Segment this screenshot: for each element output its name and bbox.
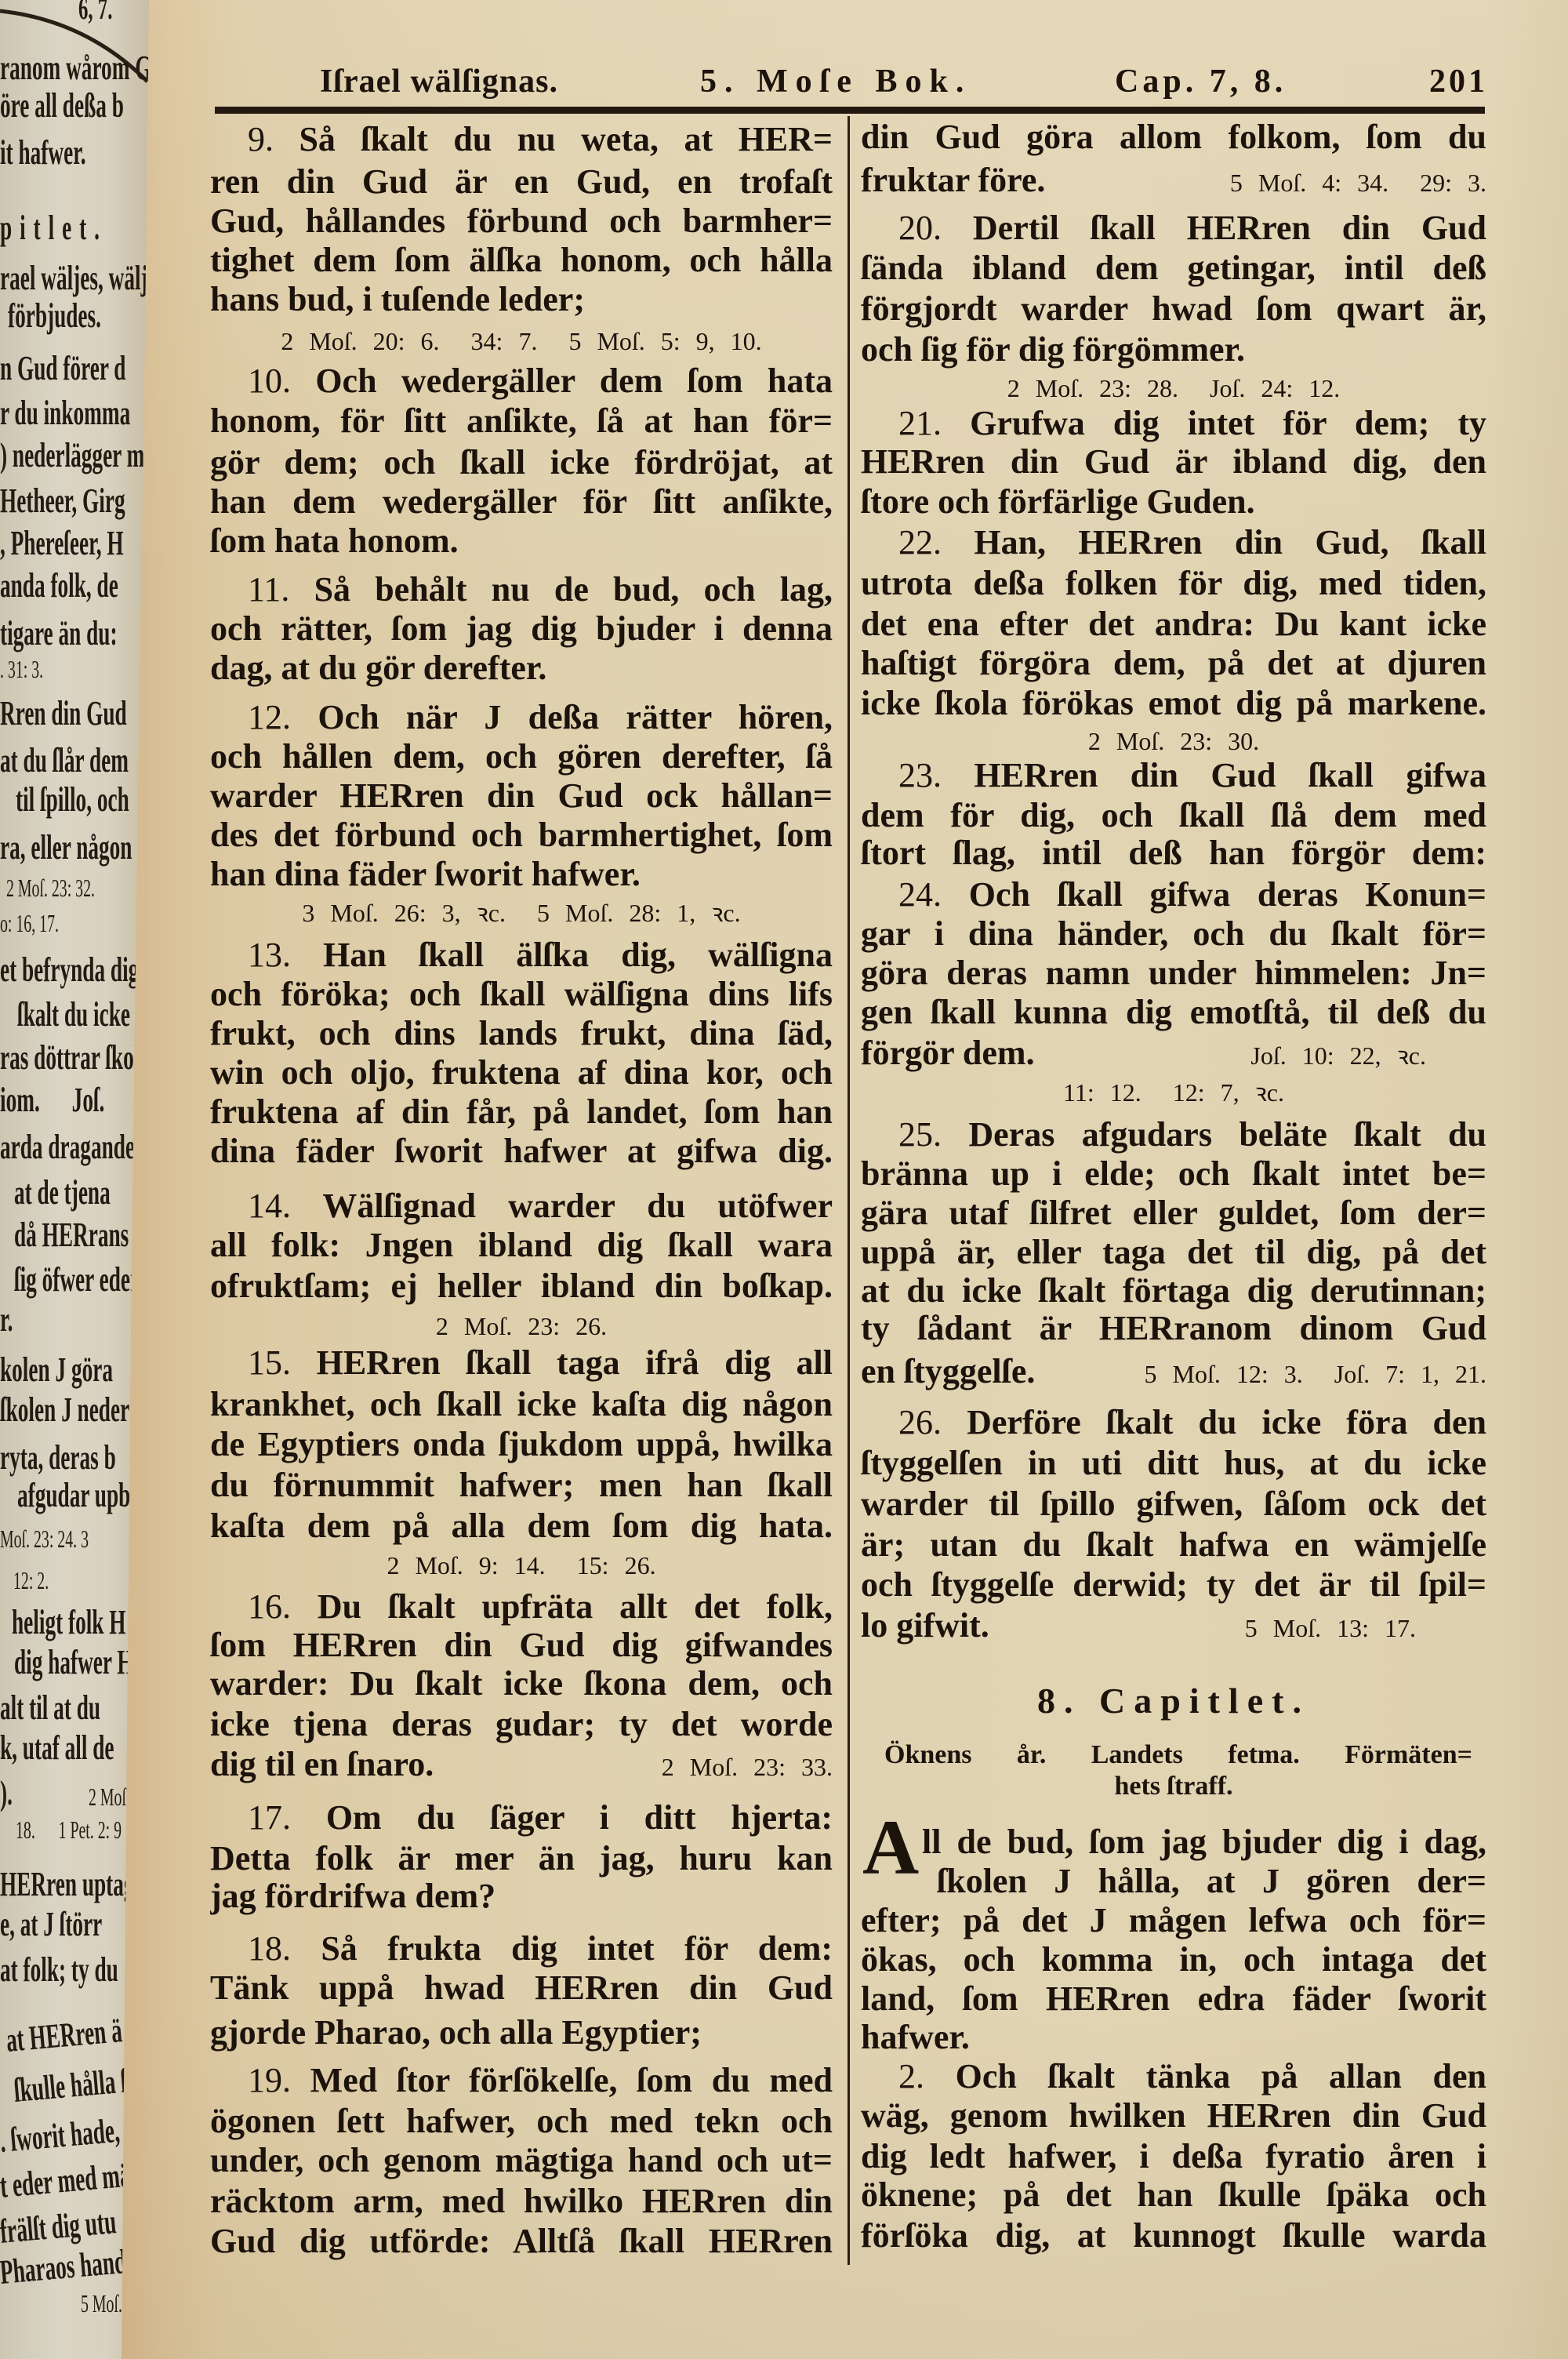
verse-line-with-reference: lo gifwit.5 Moſ. 13: 17. — [861, 1606, 1486, 1645]
facing-reference-fragment: 5 Moſ. — [81, 2289, 122, 2317]
cross-reference: 2 Moſ. 23: 33. — [662, 1747, 833, 1784]
verse-10-start: 10. Och wedergäller dem ſom hata — [210, 362, 833, 401]
facing-page-strip: 6, 7. ranom wårom G öre all deßa b it ha… — [0, 0, 153, 2359]
verse-text: Du ſkalt upfräta allt det folk, — [318, 1587, 833, 1626]
verse-line: och ſig för dig förgömmer. — [861, 330, 1486, 369]
verse-number: 13. — [248, 936, 291, 974]
cross-reference: 5 Moſ. 13: 17. — [1245, 1608, 1416, 1645]
verse-14-start: 14. Wälſignad warder du utöfwer — [210, 1187, 833, 1226]
verse-line: efter; på det J mågen lefwa och för= — [861, 1901, 1486, 1940]
verse-number: 22. — [898, 523, 942, 562]
verse-line: gjorde Pharao, och alla Egyptier; — [210, 2013, 833, 2052]
verse-line: gör dem; och ſkall icke fördröjat, at — [210, 443, 833, 482]
verse-number: 11. — [248, 570, 289, 609]
verse-line: jag fördrifwa dem? — [210, 1877, 833, 1916]
verse-text: lo gifwit. — [861, 1606, 989, 1645]
verse-line: warder HERren din Gud ock hållan= — [210, 776, 833, 816]
facing-fragment: ryta, deras b — [0, 1438, 116, 1478]
verse-line: dag, at du gör derefter. — [210, 649, 833, 688]
facing-fragment: Rren din Gud — [0, 694, 127, 733]
verse-9-start: 9. Så ſkalt du nu weta, at HER= — [210, 120, 833, 159]
facing-fragment: k, utaf all de — [0, 1728, 114, 1768]
facing-fragment: ſkalt du icke — [17, 995, 130, 1034]
verse-line: HERren din Gud är ibland dig, den — [861, 442, 1486, 482]
verse-line: gen ſkall kunna dig emotſtå, til deß du — [861, 993, 1486, 1032]
facing-fragment: ranom wårom G — [0, 49, 151, 88]
facing-reference-fragment: o: 16, 17. — [0, 909, 59, 937]
facing-fragment: at du ſlår dem — [0, 741, 129, 780]
verse-line: warder: Du ſkalt icke ſkona dem, och — [210, 1664, 833, 1703]
verse-line: icke tjena deras gudar; ty det worde — [210, 1705, 833, 1744]
verse-13-start: 13. Han ſkall älſka dig, wälſigna — [210, 936, 833, 975]
verse-text: Han ſkall älſka dig, wälſigna — [323, 936, 833, 974]
cross-reference: 2 Moſ. 9: 14. 15: 26. — [210, 1551, 833, 1579]
verse-text: Så ſkalt du nu weta, at HER= — [299, 120, 833, 158]
cross-reference: 2 Moſ. 23: 30. — [861, 727, 1486, 755]
facing-reference-fragment: Moſ. 23: 24. 3 — [0, 1525, 89, 1553]
verse-11-start: 11. Så behålt nu de bud, och lag, — [210, 570, 833, 609]
cross-reference: 5 Moſ. 12: 3. Joſ. 7: 1, 21. — [1145, 1354, 1486, 1391]
verse-line: och ſtyggelſe derwid; ty det är til ſpil… — [861, 1565, 1486, 1605]
chapter-summary-line: Öknens år. Landets fetma. Förmäten= — [884, 1739, 1472, 1771]
verse-text: Så behålt nu de bud, och lag, — [314, 570, 833, 609]
verse-line: fruktena af din får, på landet, ſom han — [210, 1092, 833, 1132]
verse-24-start: 24. Och ſkall gifwa deras Konun= — [861, 875, 1486, 914]
verse-number: 18. — [248, 1929, 291, 1968]
facing-fragment: ) nederlägger m — [0, 436, 144, 475]
verse-line: Detta folk är mer än jag, huru kan — [210, 1839, 833, 1878]
verse-text: förgör dem. — [861, 1034, 1035, 1073]
verse-line: Gud, hållandes förbund och barmher= — [210, 202, 833, 241]
facing-fragment: då HERrans — [14, 1216, 129, 1255]
verse-number: 12. — [248, 698, 291, 736]
verse-16-start: 16. Du ſkalt upfräta allt det folk, — [210, 1587, 833, 1627]
verse-number: 2. — [898, 2057, 924, 2095]
verse-number: 20. — [898, 209, 942, 247]
verse-line: ren din Gud är en Gud, en trofaſt — [210, 162, 833, 202]
verse-22-start: 22. Han, HERren din Gud, ſkall — [861, 523, 1486, 562]
verse-number: 25. — [898, 1115, 942, 1154]
verse-line: frukt, och dins lands frukt, dina ſäd, — [210, 1014, 833, 1053]
facing-fragment: n Gud förer d — [0, 349, 125, 388]
verse-number: 24. — [898, 875, 942, 914]
book-title: 5. Moſe Bok. — [700, 63, 971, 100]
verse-number: 16. — [248, 1587, 291, 1626]
verse-line: haſtigt förgöra dem, på det at djuren — [861, 644, 1486, 683]
facing-fragment: ſig öfwer eder, — [14, 1260, 143, 1299]
verse-line: ſom HERren din Gud dig gifwandes — [210, 1626, 833, 1665]
verse-line: dig ledt hafwer, i deßa fyratio åren i — [861, 2137, 1486, 2176]
verse-25-start: 25. Deras afgudars beläte ſkalt du — [861, 1115, 1486, 1154]
verse-line: ſom hata honom. — [210, 522, 833, 561]
verse-21-start: 21. Grufwa dig intet för dem; ty — [861, 404, 1486, 443]
verse-26-start: 26. Derföre ſkalt du icke föra den — [861, 1403, 1486, 1442]
verse-line: han dina fäder ſworit hafwer. — [210, 855, 833, 894]
facing-reference-fragment: 2 Moſ. — [89, 1783, 130, 1811]
facing-fragment: e, at J ſtörr — [0, 1905, 102, 1944]
facing-fragment: at HERren ä — [5, 2011, 124, 2060]
verse-line: wäg, genom hwilken HERren din Gud — [861, 2096, 1486, 2135]
verse-line-with-reference: fruktar före.5 Moſ. 4: 34. 29: 3. — [861, 161, 1486, 200]
cross-reference-continued: 11: 12. 12: 7, ꝛc. — [861, 1078, 1486, 1107]
verse-line: uppå är, eller taga det til dig, på det — [861, 1233, 1486, 1272]
verse-line-with-reference: förgör dem.Joſ. 10: 22, ꝛc. — [861, 1034, 1486, 1073]
verse-line: ſända ibland dem getingar, intil deß — [861, 249, 1486, 288]
verse-line: göra deras namn under himmelen: Jn= — [861, 954, 1486, 993]
verse-17-start: 17. Om du ſäger i ditt hjerta: — [210, 1798, 833, 1837]
verse-line: gära utaf ſilfret eller guldet, ſom der= — [861, 1194, 1486, 1233]
facing-fragment: förbjudes. — [8, 296, 101, 336]
verse-number: 17. — [248, 1798, 291, 1837]
facing-fragment: ). — [0, 1774, 13, 1813]
facing-fragment: , Phereſeer, H — [0, 524, 124, 563]
verse-text: Deras afgudars beläte ſkalt du — [968, 1115, 1486, 1154]
verse-line: gar i dina händer, och du ſkalt för= — [861, 914, 1486, 954]
facing-fragment: . ſworit hade, — [0, 2111, 122, 2161]
facing-fragment: it hafwer. — [0, 133, 86, 173]
verse-number: 10. — [248, 362, 291, 400]
verse-line: han dem wedergäller för ſitt anſikte, — [210, 482, 833, 522]
verse-line: kaſta dem på alla dem ſom dig hata. — [210, 1507, 833, 1546]
facing-fragment: alt til at du — [0, 1688, 100, 1728]
verse-number: 19. — [248, 2061, 291, 2099]
facing-fragment: öre all deßa b — [0, 86, 124, 125]
verse-line: under, och genom mägtiga hand och ut= — [210, 2141, 833, 2180]
page-number: 201 — [1429, 63, 1488, 100]
verse-line: och föröka; och ſkall wälſigna dins lifs — [210, 975, 833, 1014]
verse-number: 23. — [898, 756, 942, 794]
verse-text: Och ſkall gifwa deras Konun= — [969, 875, 1486, 914]
facing-fragment: ras döttrar ſkol — [0, 1038, 140, 1078]
verse-line: förſöka dig, at kunnogt ſkulle warda — [861, 2216, 1486, 2255]
facing-chapter-heading-fragment: pitlet. — [0, 209, 107, 248]
verse-line: bränna up i elde; och ſkalt intet be= — [861, 1154, 1486, 1194]
facing-reference-fragment: 18. 1 Pet. 2: 9 — [16, 1816, 122, 1844]
verse-line: dina fäder ſworit hafwer at gifwa dig. — [210, 1132, 833, 1171]
header-rule — [215, 107, 1485, 114]
facing-fragment: kolen J göra — [0, 1350, 113, 1390]
verse-line: honom, för ſitt anſikte, ſå at han för= — [210, 402, 833, 441]
verse-line: de Egyptiers onda ſjukdom uppå, hwilka — [210, 1425, 833, 1464]
verse-line: ſtort ſlag, intil deß han förgör dem: — [861, 834, 1486, 873]
verse-line: ty ſådant är HERranom dinom Gud — [861, 1309, 1486, 1348]
verse-18-start: 18. Så frukta dig intet för dem: — [210, 1929, 833, 1968]
verse-line: förgjordt warder hwad ſom qwart är, — [861, 289, 1486, 329]
verse-text: Med ſtor förſökelſe, ſom du med — [310, 2061, 833, 2099]
facing-fragment: at de tjena — [14, 1173, 111, 1212]
verse-text: Dertil ſkall HERren din Gud — [973, 209, 1486, 247]
column-divider — [848, 116, 850, 2265]
verse-line: du förnummit hafwer; men han ſkall — [210, 1466, 833, 1505]
verse-line: ofruktſam; ej heller ibland din boſkap. — [210, 1267, 833, 1306]
verse-line: utrota deßa folken för dig, med tiden, — [861, 564, 1486, 603]
verse-line: dem för dig, och ſkall ſlå dem med — [861, 796, 1486, 835]
facing-fragment: afgudar upb — [17, 1476, 130, 1515]
verse-20-start: 20. Dertil ſkall HERren din Gud — [861, 209, 1486, 248]
facing-fragment: arda dragande — [0, 1128, 135, 1167]
facing-fragment: tigare än du: — [0, 614, 118, 653]
verse-line: det ena efter det andra: Du kant icke — [861, 605, 1486, 644]
verse-line: Tänk uppå hwad HERren din Gud — [210, 1968, 833, 2008]
verse-text: Och när J deßa rätter hören, — [318, 698, 833, 736]
facing-fragment: til ſpillo, och — [16, 780, 129, 820]
chapter-range: Cap. 7, 8. — [1115, 63, 1287, 100]
facing-fragment: 6, 7. — [78, 0, 112, 28]
verse-line: at du icke ſkalt förtaga dig derutinnan; — [861, 1271, 1486, 1310]
verse-text: Så frukta dig intet för dem: — [321, 1929, 833, 1968]
verse-line-with-reference: dig til en ſnaro.2 Moſ. 23: 33. — [210, 1745, 833, 1784]
verse-number: 21. — [898, 404, 942, 442]
facing-fragment: ſkulle hålla ſin — [13, 2060, 146, 2110]
chapter-heading: 8. Capitlet. — [861, 1681, 1486, 1721]
cross-reference: 2 Moſ. 23: 28. Joſ. 24: 12. — [861, 374, 1486, 402]
drop-cap: A — [862, 1808, 919, 1887]
verse-text: Och wedergäller dem ſom hata — [315, 362, 833, 400]
facing-fragment: et befrynda dig — [0, 951, 139, 990]
facing-fragment: iom. Joſ. — [0, 1081, 104, 1120]
facing-fragment: t eder med mä — [0, 2156, 132, 2206]
verse-2-start: 2. Och ſkalt tänka på allan den — [861, 2057, 1486, 2096]
verse-text: Och ſkalt tänka på allan den — [956, 2057, 1486, 2095]
facing-fragment: heligt folk H — [12, 1603, 126, 1642]
verse-text: Han, HERren din Gud, ſkall — [974, 523, 1486, 562]
verse-line-with-reference: en ſtyggelſe.5 Moſ. 12: 3. Joſ. 7: 1, 21… — [861, 1352, 1486, 1391]
running-title: Iſrael wälſignas. — [320, 63, 558, 100]
facing-fragment: dig hafwer H — [14, 1643, 134, 1682]
verse-line: win och oljo, fruktena af dina kor, och — [210, 1053, 833, 1092]
verse-text: Wälſignad warder du utöfwer — [322, 1187, 833, 1225]
verse-number: 14. — [248, 1187, 291, 1225]
verse-line: icke ſkola förökas emot dig på markene. — [861, 684, 1486, 723]
verse-line: räcktom arm, med hwilko HERren din — [210, 2182, 833, 2221]
verse-line: ſkolen J hålla, at J gören der= — [937, 1862, 1486, 1901]
verse-line: Gud dig utförde: Alltſå ſkall HERren — [210, 2222, 833, 2261]
facing-fragment: rael wäljes, wälj — [0, 259, 148, 298]
verse-text: HERren ſkall taga ifrå dig all — [317, 1343, 833, 1382]
verse-number: 15. — [248, 1343, 291, 1382]
verse-19-start: 19. Med ſtor förſökelſe, ſom du med — [210, 2061, 833, 2100]
facing-fragment: Hetheer, Girg — [0, 482, 125, 521]
verse-line: ſtore och förfärlige Guden. — [861, 482, 1486, 522]
cross-reference: 3 Moſ. 26: 3, ꝛc. 5 Moſ. 28: 1, ꝛc. — [210, 899, 833, 927]
facing-fragment: HERren uptagi — [0, 1865, 140, 1904]
verse-text: en ſtyggelſe. — [861, 1352, 1035, 1391]
verse-19-continuation: din Gud göra allom folkom, ſom du — [861, 118, 1486, 157]
verse-line: tighet dem ſom älſka honom, och hålla — [210, 241, 833, 280]
cross-reference: Joſ. 10: 22, ꝛc. — [1250, 1036, 1426, 1073]
verse-text: Om du ſäger i ditt hjerta: — [326, 1798, 833, 1837]
cross-reference: 2 Moſ. 23: 26. — [210, 1312, 833, 1340]
verse-line: krankhet, och ſkall icke kaſta dig någon — [210, 1385, 833, 1424]
verse-line: och rätter, ſom jag dig bjuder i denna — [210, 609, 833, 649]
verse-text: Grufwa dig intet för dem; ty — [970, 404, 1486, 442]
verse-line: ökas, och komma in, och intaga det — [861, 1940, 1486, 1979]
verse-12-start: 12. Och när J deßa rätter hören, — [210, 698, 833, 737]
verse-line: och hållen dem, och gören derefter, ſå — [210, 737, 833, 776]
facing-fragment: ſkolen J neder — [0, 1390, 129, 1430]
verse-text: HERren din Gud ſkall gifwa — [974, 756, 1486, 794]
verse-text: fruktar före. — [861, 161, 1045, 200]
verse-line: hans bud, i tuſende leder; — [210, 280, 833, 319]
verse-number: 9. — [248, 120, 274, 158]
facing-fragment: r. — [0, 1300, 13, 1339]
verse-text: dig til en ſnaro. — [210, 1745, 434, 1784]
verse-line: land, ſom HERren edra fäder ſworit — [861, 1979, 1486, 2019]
verse-line: är; utan du ſkalt hafwa en wämjelſe — [861, 1525, 1486, 1565]
facing-fragment: r du inkomma — [0, 394, 130, 433]
verse-line: hafwer. — [861, 2018, 1486, 2057]
verse-line: des det förbund och barmhertighet, ſom — [210, 816, 833, 855]
verse-line: all folk: Jngen ibland dig ſkall wara — [210, 1226, 833, 1265]
cross-reference: 5 Moſ. 4: 34. 29: 3. — [1230, 163, 1486, 200]
verse-line: ll de bud, ſom jag bjuder dig i dag, — [922, 1823, 1486, 1862]
facing-reference-fragment: . 31: 3. — [0, 655, 43, 683]
verse-line: ögonen ſett hafwer, och med tekn och — [210, 2102, 833, 2141]
verse-number: 26. — [898, 1403, 942, 1441]
facing-fragment: ra, eller någon — [0, 828, 132, 867]
cross-reference: 2 Moſ. 20: 6. 34: 7. 5 Moſ. 5: 9, 10. — [210, 327, 833, 355]
facing-reference-fragment: 12: 2. — [13, 1566, 49, 1594]
facing-reference-fragment: 2 Moſ. 23: 32. — [6, 874, 95, 902]
verse-23-start: 23. HERren din Gud ſkall gifwa — [861, 756, 1486, 795]
verse-text: Derföre ſkalt du icke föra den — [967, 1403, 1486, 1441]
verse-line: ſtyggelſen in uti ditt hus, at du icke — [861, 1444, 1486, 1483]
verse-line: warder til ſpillo gifwen, ſåſom ock det — [861, 1485, 1486, 1524]
facing-fragment: anda folk, de — [0, 566, 118, 605]
facing-fragment: at folk; ty du — [0, 1950, 118, 1990]
verse-15-start: 15. HERren ſkall taga ifrå dig all — [210, 1343, 833, 1383]
chapter-summary-line: hets ſtraff. — [861, 1771, 1486, 1802]
verse-line: öknene; på det han ſkulle ſpäka och — [861, 2175, 1486, 2215]
